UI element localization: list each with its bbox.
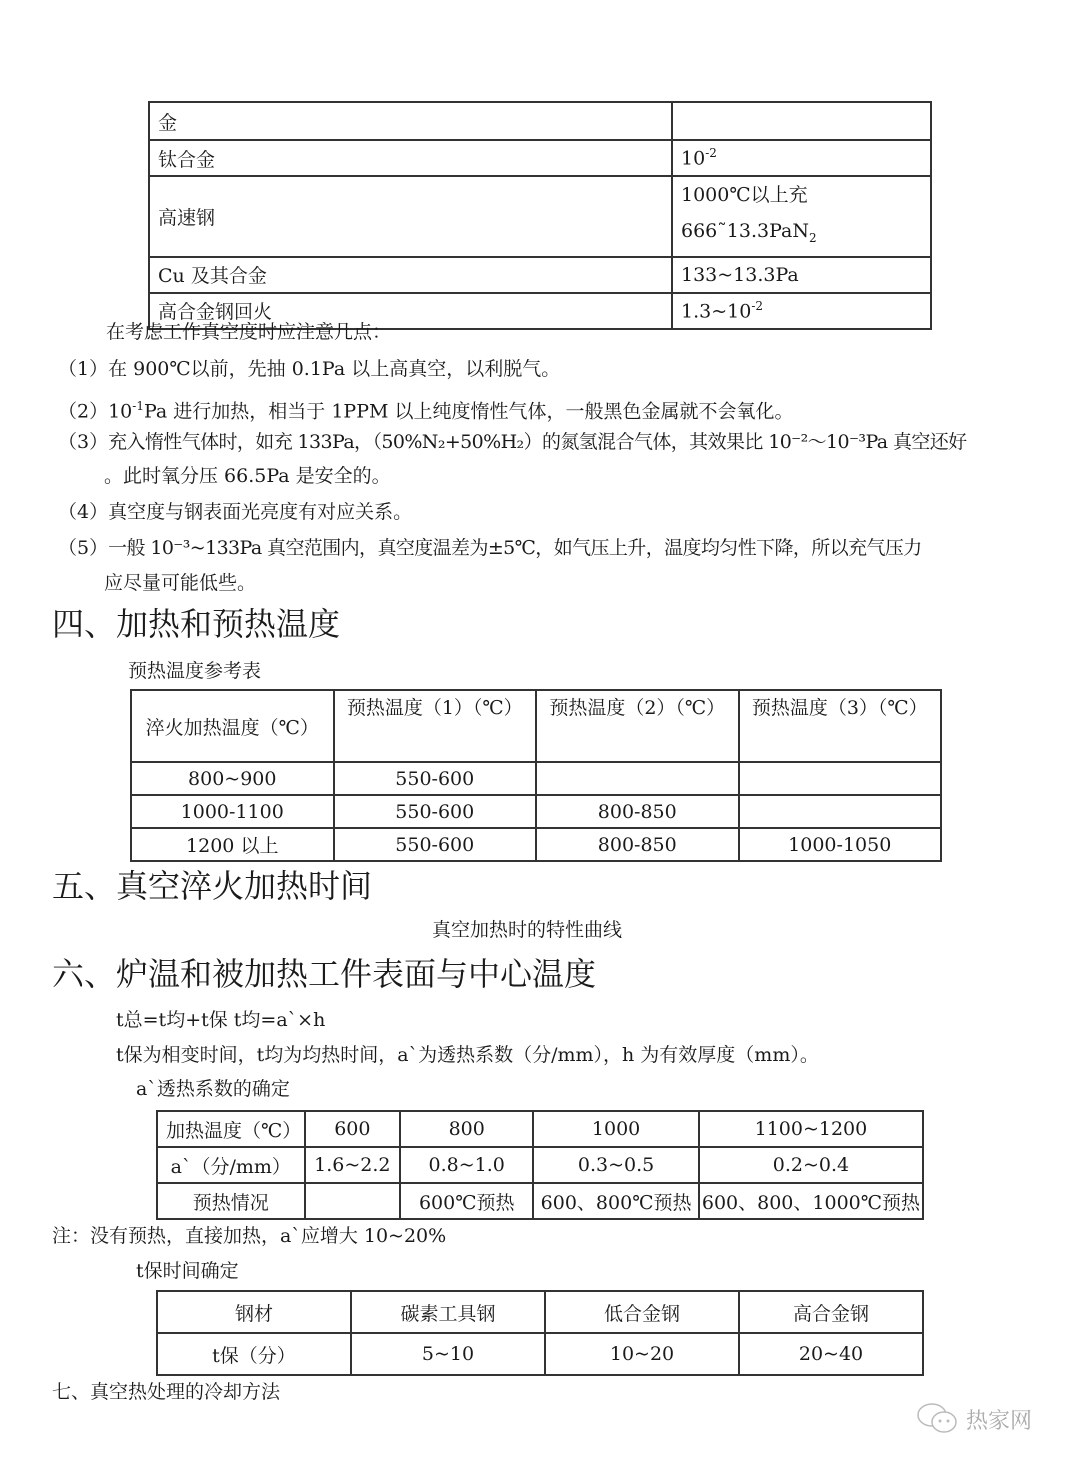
note-text: 10 — [108, 400, 132, 422]
note-label: （5） — [58, 537, 108, 559]
cell: 高合金钢 — [739, 1291, 923, 1333]
table-row: 1000-1100550-600800-850 — [131, 795, 941, 828]
section-5-title: 五、真空淬火加热时间 — [52, 866, 372, 906]
cell: 600、800、1000℃预热 — [699, 1183, 923, 1219]
note-item: （3）充入惰性气体时，如充 133Pa，（50%N₂+50%H₂）的氮氢混合气体… — [58, 430, 967, 454]
cell: 550-600 — [334, 795, 537, 828]
value: 1.3~10 — [681, 300, 751, 322]
note-text: Pa 进行加热，相当于 1PPM 以上纯度惰性气体，一般黑色金属就不会氧化。 — [144, 400, 794, 422]
figure-caption: 真空加热时的特性曲线 — [432, 918, 622, 942]
exponent: -1 — [132, 399, 144, 413]
cell: 加热温度（℃） — [157, 1111, 305, 1147]
table-row: 预热情况600℃预热600、800℃预热600、800、1000℃预热 — [157, 1183, 923, 1219]
formula: t总=t均+t保 t均=a`×h — [116, 1008, 325, 1032]
cell: 钢材 — [157, 1291, 351, 1333]
value-line: 666˜13.3PaN2 — [681, 213, 922, 256]
cell: 800 — [400, 1111, 533, 1147]
note-item: （2）10-1Pa 进行加热，相当于 1PPM 以上纯度惰性气体，一般黑色金属就… — [58, 394, 793, 423]
table-caption: 预热温度参考表 — [128, 659, 261, 683]
note-label: （2） — [58, 400, 108, 422]
cell: 550-600 — [334, 828, 537, 861]
hold-time-table: 钢材碳素工具钢低合金钢高合金钢 t保（分）5~1010~2020~40 — [156, 1290, 924, 1376]
value: 10 — [681, 148, 705, 170]
table-header-row: 淬火加热温度（℃） 预热温度（1）（℃） 预热温度（2）（℃） 预热温度（3）（… — [131, 690, 941, 762]
cell: 预热情况 — [157, 1183, 305, 1219]
table-row: 1200 以上550-600800-8501000-1050 — [131, 828, 941, 861]
note-text: 一般 10⁻³~133Pa 真空范围内，真空度温差为±5℃，如气压上升，温度均匀… — [108, 537, 922, 559]
table-row: 金 — [149, 102, 931, 140]
cell: 600 — [305, 1111, 401, 1147]
subscript: 2 — [809, 231, 817, 245]
watermark: 热家网 — [916, 1402, 1032, 1436]
cell: 0.2~0.4 — [699, 1147, 923, 1183]
section-6-title: 六、炉温和被加热工件表面与中心温度 — [52, 954, 596, 994]
section-7-title: 七、真空热处理的冷却方法 — [52, 1380, 280, 1404]
note-continuation: 。此时氧分压 66.5Pa 是安全的。 — [104, 464, 391, 488]
note-item: （4）真空度与钢表面光亮度有对应关系。 — [58, 500, 412, 524]
cell: 1000-1050 — [739, 828, 942, 861]
note-continuation: 应尽量可能低些。 — [104, 571, 256, 595]
header-cell: 预热温度（2）（℃） — [536, 690, 739, 762]
cell: 800~900 — [131, 762, 334, 795]
header-cell: 预热温度（3）（℃） — [739, 690, 942, 762]
cell: 低合金钢 — [545, 1291, 739, 1333]
cell: a`（分/mm） — [157, 1147, 305, 1183]
table-caption: t保时间确定 — [136, 1259, 239, 1283]
table-row: 加热温度（℃）60080010001100~1200 — [157, 1111, 923, 1147]
cell: 20~40 — [739, 1333, 923, 1375]
value: 666˜13.3PaN — [681, 220, 809, 242]
cell: 钛合金 — [149, 140, 672, 176]
cell: t保（分） — [157, 1333, 351, 1375]
wechat-icon — [916, 1402, 960, 1436]
note-text: 真空度与钢表面光亮度有对应关系。 — [108, 501, 412, 523]
cell: 5~10 — [351, 1333, 545, 1375]
table-row: 钛合金10-2 — [149, 140, 931, 176]
note-item: （1）在 900℃以前，先抽 0.1Pa 以上高真空，以利脱气。 — [58, 357, 560, 381]
cell: 1.6~2.2 — [305, 1147, 401, 1183]
cell: 碳素工具钢 — [351, 1291, 545, 1333]
note-text: 在 900℃以前，先抽 0.1Pa 以上高真空，以利脱气。 — [108, 358, 560, 380]
definition: t保为相变时间，t均为均热时间，a`为透热系数（分/mm），h 为有效厚度（mm… — [116, 1043, 819, 1067]
table-row: 800~900550-600 — [131, 762, 941, 795]
note-item: （5）一般 10⁻³~133Pa 真空范围内，真空度温差为±5℃，如气压上升，温… — [58, 536, 922, 560]
exponent: -2 — [751, 299, 763, 313]
table-row: 高速钢1000℃以上充666˜13.3PaN2 — [149, 176, 931, 257]
cell: Cu 及其合金 — [149, 257, 672, 293]
cell — [739, 795, 942, 828]
cell: 1200 以上 — [131, 828, 334, 861]
note-label: （1） — [58, 358, 108, 380]
cell — [305, 1183, 401, 1219]
header-cell: 预热温度（1）（℃） — [334, 690, 537, 762]
table-row: 钢材碳素工具钢低合金钢高合金钢 — [157, 1291, 923, 1333]
cell: 0.3~0.5 — [533, 1147, 699, 1183]
cell: 600℃预热 — [400, 1183, 533, 1219]
cell: 600、800℃预热 — [533, 1183, 699, 1219]
cell — [672, 102, 931, 140]
watermark-text: 热家网 — [966, 1404, 1032, 1435]
cell — [739, 762, 942, 795]
cell: 高速钢 — [149, 176, 672, 257]
cell: 10-2 — [672, 140, 931, 176]
cell: 800-850 — [536, 828, 739, 861]
cell: 1.3~10-2 — [672, 293, 931, 329]
cell: 10~20 — [545, 1333, 739, 1375]
cell: 550-600 — [334, 762, 537, 795]
cell: 800-850 — [536, 795, 739, 828]
cell: 0.8~1.0 — [400, 1147, 533, 1183]
table-row: Cu 及其合金133~13.3Pa — [149, 257, 931, 293]
table-row: a`（分/mm）1.6~2.20.8~1.00.3~0.50.2~0.4 — [157, 1147, 923, 1183]
cell: 1100~1200 — [699, 1111, 923, 1147]
note-label: （4） — [58, 501, 108, 523]
cell: 133~13.3Pa — [672, 257, 931, 293]
preheat-table: 淬火加热温度（℃） 预热温度（1）（℃） 预热温度（2）（℃） 预热温度（3）（… — [130, 689, 942, 862]
cell: 1000 — [533, 1111, 699, 1147]
header-cell: 淬火加热温度（℃） — [131, 690, 334, 762]
cell: 1000-1100 — [131, 795, 334, 828]
note-text: 充入惰性气体时，如充 133Pa，（50%N₂+50%H₂）的氮氢混合气体，其效… — [108, 431, 966, 453]
cell: 金 — [149, 102, 672, 140]
table-caption: a`透热系数的确定 — [136, 1077, 290, 1101]
section-4-title: 四、加热和预热温度 — [52, 604, 340, 644]
cell — [536, 762, 739, 795]
vacuum-table: 金 钛合金10-2 高速钢1000℃以上充666˜13.3PaN2 Cu 及其合… — [148, 101, 932, 330]
table-row: t保（分）5~1010~2020~40 — [157, 1333, 923, 1375]
cell: 1000℃以上充666˜13.3PaN2 — [672, 176, 931, 257]
notes-intro: 在考虑工作真空度时应注意几点： — [106, 320, 391, 344]
value-line: 1000℃以上充 — [681, 177, 922, 213]
note-label: （3） — [58, 431, 108, 453]
exponent: -2 — [705, 146, 717, 160]
a-coefficient-table: 加热温度（℃）60080010001100~1200 a`（分/mm）1.6~2… — [156, 1110, 924, 1220]
note: 注：没有预热，直接加热，a`应增大 10~20% — [52, 1224, 446, 1248]
